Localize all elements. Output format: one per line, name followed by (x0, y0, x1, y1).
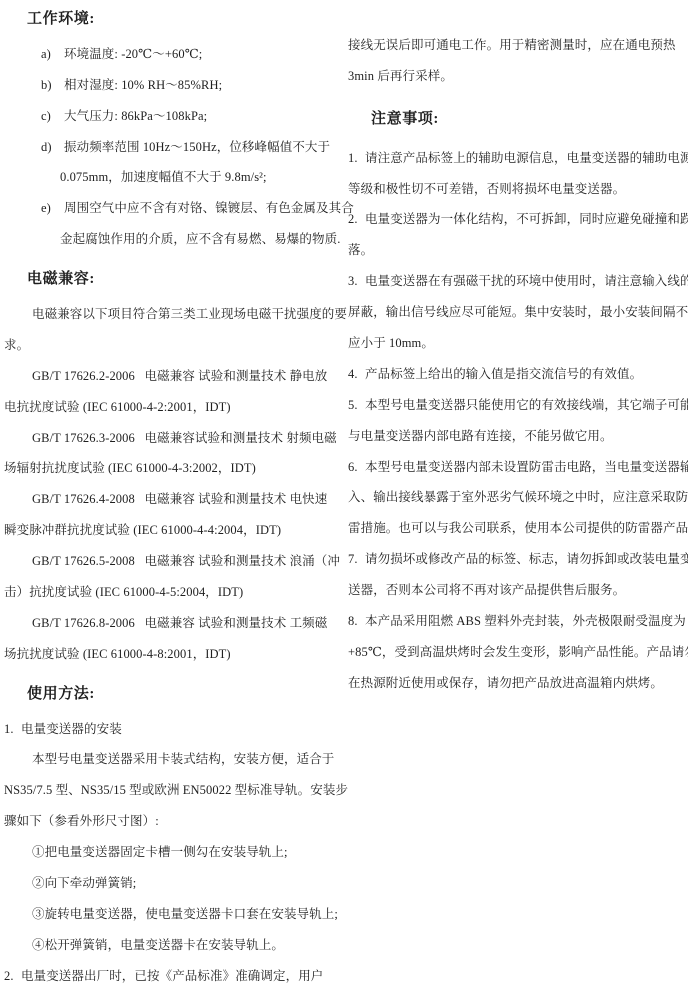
heading-emc: 电磁兼容: (4, 264, 338, 295)
line-text: 本产品采用阻燃 ABS 塑料外壳封装，外壳极限耐受温度为 (365, 614, 686, 628)
line-text: 周围空气中应不含有对铬、镍镀层、有色金属及其合 (64, 201, 354, 215)
text-line: +85℃，受到高温烘烤时会发生变形，影响产品性能。产品请勿 (348, 637, 688, 668)
list-marker: 2. (4, 961, 21, 992)
text-line: 落。 (348, 235, 688, 266)
text-line: 8.本产品采用阻燃 ABS 塑料外壳封装，外壳极限耐受温度为 (348, 606, 688, 637)
list-marker: 6. (348, 452, 365, 483)
text-line: 在热源附近使用或保存，请勿把产品放进高温箱内烘烤。 (348, 668, 688, 699)
line-text: 请勿损坏或修改产品的标签、标志，请勿拆卸或改装电量变 (365, 552, 688, 566)
line-text: 大气压力: 86kPa～108kPa; (64, 109, 207, 123)
text-line: 骤如下（参看外形尺寸图）: (4, 806, 338, 837)
text-line: 5.本型号电量变送器只能使用它的有效接线端，其它端子可能 (348, 390, 688, 421)
text-line: 4.产品标签上给出的输入值是指交流信号的有效值。 (348, 359, 688, 390)
text-line: 电磁兼容以下项目符合第三类工业现场电磁干扰强度的要 (4, 299, 338, 330)
right-column: 接线无误后即可通电工作。用于精密测量时，应在通电预热3min 后再行采样。注意事… (348, 0, 688, 699)
text-line: ④松开弹簧销，电量变送器卡在安装导轨上。 (4, 930, 338, 961)
text-line: GB/T 17626.4-2008 电磁兼容 试验和测量技术 电快速 (4, 484, 338, 515)
heading-usage-method: 使用方法: (4, 679, 338, 710)
text-line: c)大气压力: 86kPa～108kPa; (4, 101, 338, 132)
text-line: 2.电量变送器为一体化结构，不可拆卸，同时应避免碰撞和跌 (348, 204, 688, 235)
text-line: 1.电量变送器的安装 (4, 714, 338, 745)
line-text: 电量变送器出厂时，已按《产品标准》准确调定，用户 (21, 969, 323, 983)
text-line: ②向下牵动弹簧销; (4, 868, 338, 899)
text-line: 6.本型号电量变送器内部未设置防雷击电路，当电量变送器输 (348, 452, 688, 483)
text-line: 场抗扰度试验 (IEC 61000-4-8:2001，IDT) (4, 639, 338, 670)
text-line: 接线无误后即可通电工作。用于精密测量时，应在通电预热 (348, 30, 688, 61)
text-line: d)振动频率范围 10Hz～150Hz，位移峰幅值不大于 (4, 132, 338, 163)
text-line: 等级和极性切不可差错，否则将损坏电量变送器。 (348, 174, 688, 205)
text-line: 瞬变脉冲群抗扰度试验 (IEC 61000-4-4:2004，IDT) (4, 515, 338, 546)
text-line: 0.075mm，加速度幅值不大于 9.8m/s²; (4, 162, 338, 193)
text-line: 1.请注意产品标签上的辅助电源信息，电量变送器的辅助电源 (348, 143, 688, 174)
text-line: 7.请勿损坏或修改产品的标签、标志，请勿拆卸或改装电量变 (348, 544, 688, 575)
list-marker: 2. (348, 204, 365, 235)
text-line: GB/T 17626.8-2006 电磁兼容 试验和测量技术 工频磁 (4, 608, 338, 639)
line-text: 振动频率范围 10Hz～150Hz，位移峰幅值不大于 (64, 140, 330, 154)
text-line: a)环境温度: -20℃～+60℃; (4, 39, 338, 70)
text-line: 2.电量变送器出厂时，已按《产品标准》准确调定，用户 (4, 961, 338, 992)
text-line: 求。 (4, 330, 338, 361)
text-line: 雷措施。也可以与我公司联系，使用本公司提供的防雷器产品。 (348, 513, 688, 544)
line-text: 本型号电量变送器内部未设置防雷击电路，当电量变送器输 (365, 460, 688, 474)
text-line: 场辐射抗扰度试验 (IEC 61000-4-3:2002，IDT) (4, 453, 338, 484)
text-line: 本型号电量变送器采用卡装式结构，安装方便，适合于 (4, 744, 338, 775)
text-line: 应小于 10mm。 (348, 328, 688, 359)
text-line: 入、输出接线暴露于室外恶劣气候环境之中时，应注意采取防 (348, 482, 688, 513)
heading-work-environment: 工作环境: (4, 4, 338, 35)
text-line: 3.电量变送器在有强磁干扰的环境中使用时，请注意输入线的 (348, 266, 688, 297)
list-marker: 1. (4, 714, 21, 745)
list-marker: b) (41, 70, 64, 101)
line-text: 相对湿度: 10% RH～85%RH; (64, 78, 222, 92)
list-marker: d) (41, 132, 64, 163)
text-line: e)周围空气中应不含有对铬、镍镀层、有色金属及其合 (4, 193, 338, 224)
text-line: GB/T 17626.3-2006 电磁兼容试验和测量技术 射频电磁 (4, 423, 338, 454)
document-page: 工作环境:a)环境温度: -20℃～+60℃;b)相对湿度: 10% RH～85… (0, 0, 688, 992)
line-text: 电量变送器在有强磁干扰的环境中使用时，请注意输入线的 (365, 274, 688, 288)
list-marker: 5. (348, 390, 365, 421)
text-line: ③旋转电量变送器，使电量变送器卡口套在安装导轨上; (4, 899, 338, 930)
text-line: GB/T 17626.5-2008 电磁兼容 试验和测量技术 浪涌（冲 (4, 546, 338, 577)
text-line: 3min 后再行采样。 (348, 61, 688, 92)
list-marker: 3. (348, 266, 365, 297)
heading-precautions: 注意事项: (348, 104, 688, 135)
line-text: 请注意产品标签上的辅助电源信息，电量变送器的辅助电源 (365, 151, 688, 165)
text-line: GB/T 17626.2-2006 电磁兼容 试验和测量技术 静电放 (4, 361, 338, 392)
text-line: ①把电量变送器固定卡槽一侧勾在安装导轨上; (4, 837, 338, 868)
list-marker: c) (41, 101, 64, 132)
list-marker: 4. (348, 359, 365, 390)
list-marker: a) (41, 39, 64, 70)
list-marker: 1. (348, 143, 365, 174)
left-column: 工作环境:a)环境温度: -20℃～+60℃;b)相对湿度: 10% RH～85… (4, 4, 338, 992)
text-line: NS35/7.5 型、NS35/15 型或欧洲 EN50022 型标准导轨。安装… (4, 775, 338, 806)
line-text: 产品标签上给出的输入值是指交流信号的有效值。 (365, 367, 642, 381)
line-text: 环境温度: -20℃～+60℃; (64, 47, 202, 61)
text-line: 金起腐蚀作用的介质，应不含有易燃、易爆的物质. (4, 224, 338, 255)
list-marker: 7. (348, 544, 365, 575)
line-text: 电量变送器的安装 (21, 722, 122, 736)
text-line: 与电量变送器内部电路有连接，不能另做它用。 (348, 421, 688, 452)
text-line: 送器，否则本公司将不再对该产品提供售后服务。 (348, 575, 688, 606)
text-line: b)相对湿度: 10% RH～85%RH; (4, 70, 338, 101)
line-text: 本型号电量变送器只能使用它的有效接线端，其它端子可能 (365, 398, 688, 412)
text-line: 击）抗扰度试验 (IEC 61000-4-5:2004，IDT) (4, 577, 338, 608)
list-marker: e) (41, 193, 64, 224)
text-line: 电抗扰度试验 (IEC 61000-4-2:2001，IDT) (4, 392, 338, 423)
line-text: 电量变送器为一体化结构，不可拆卸，同时应避免碰撞和跌 (365, 212, 688, 226)
text-line: 屏蔽，输出信号线应尽可能短。集中安装时，最小安装间隔不 (348, 297, 688, 328)
list-marker: 8. (348, 606, 365, 637)
